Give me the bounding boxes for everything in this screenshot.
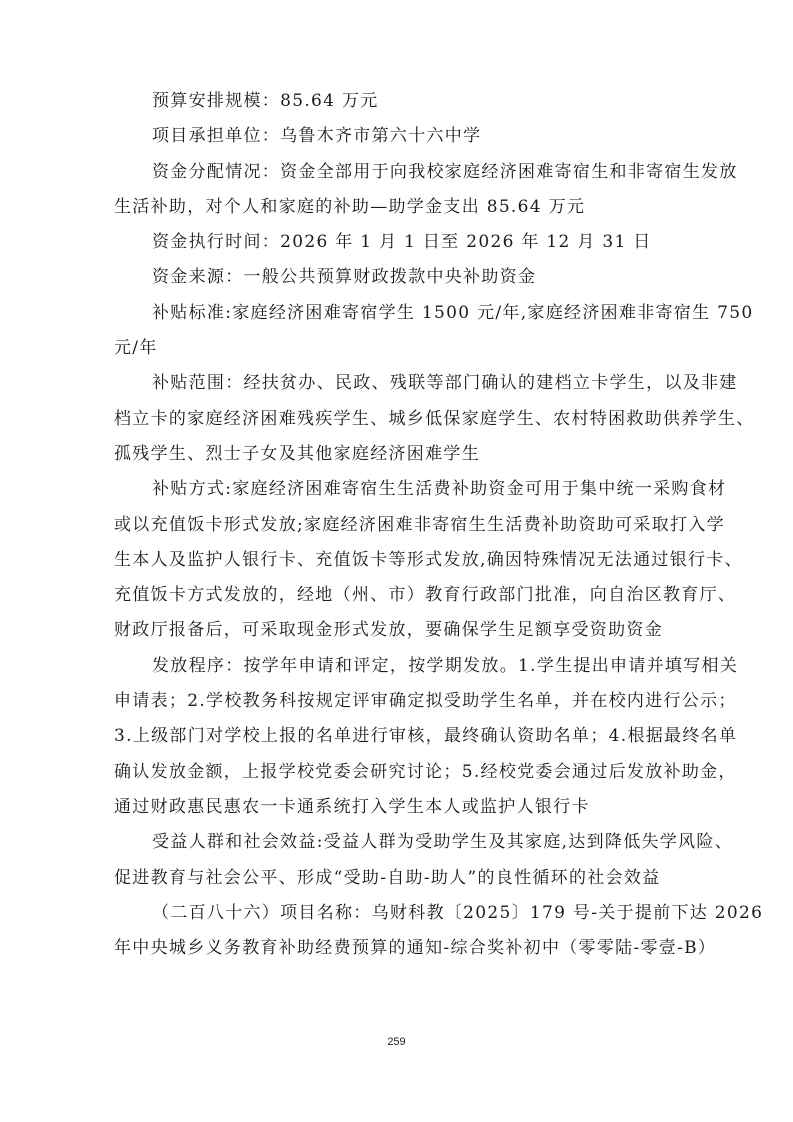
text-line: 补贴方式:家庭经济困难寄宿生生活费补助资金可用于集中统一采购食材: [76, 472, 708, 507]
text-line: 确认发放金额，上报学校党委会研究讨论；5.经校党委会通过后发放补助金，: [76, 755, 708, 790]
text-line: 元/年: [76, 331, 708, 366]
text-line: （二百八十六）项目名称：乌财科教〔2025〕179 号-关于提前下达 2026: [76, 896, 708, 931]
text-line: 资金执行时间：2026 年 1 月 1 日至 2026 年 12 月 31 日: [76, 225, 708, 260]
text-line: 发放程序：按学年申请和评定，按学期发放。1.学生提出申请并填写相关: [76, 649, 708, 684]
paragraph-subsidy-scope: 补贴范围：经扶贫办、民政、残联等部门确认的建档立卡学生，以及非建 档立卡的家庭经…: [76, 366, 708, 472]
paragraph-beneficiaries: 受益人群和社会效益:受益人群为受助学生及其家庭,达到降低失学风险、 促进教育与社…: [76, 825, 708, 896]
document-body: 预算安排规模：85.64 万元 项目承担单位：乌鲁木齐市第六十六中学 资金分配情…: [76, 84, 708, 966]
paragraph-budget-scale: 预算安排规模：85.64 万元: [76, 84, 708, 119]
text-line: 受益人群和社会效益:受益人群为受助学生及其家庭,达到降低失学风险、: [76, 825, 708, 860]
text-line: 补贴标准:家庭经济困难寄宿学生 1500 元/年,家庭经济困难非寄宿生 750: [76, 296, 708, 331]
text-line: 项目承担单位：乌鲁木齐市第六十六中学: [76, 119, 708, 154]
text-line: 孤残学生、烈士子女及其他家庭经济困难学生: [76, 437, 708, 472]
paragraph-project-286-heading: （二百八十六）项目名称：乌财科教〔2025〕179 号-关于提前下达 2026 …: [76, 896, 708, 967]
text-line: 年中央城乡义务教育补助经费预算的通知-综合奖补初中（零零陆-零壹-B）: [76, 931, 708, 966]
paragraph-distribution-procedure: 发放程序：按学年申请和评定，按学期发放。1.学生提出申请并填写相关 申请表；2.…: [76, 649, 708, 825]
text-line: 或以充值饭卡形式发放;家庭经济困难非寄宿生生活费补助资助可采取打入学: [76, 508, 708, 543]
paragraph-undertaking-unit: 项目承担单位：乌鲁木齐市第六十六中学: [76, 119, 708, 154]
paragraph-fund-allocation: 资金分配情况：资金全部用于向我校家庭经济困难寄宿生和非寄宿生发放 生活补助，对个…: [76, 155, 708, 226]
paragraph-subsidy-standard: 补贴标准:家庭经济困难寄宿学生 1500 元/年,家庭经济困难非寄宿生 750 …: [76, 296, 708, 367]
text-line: 3.上级部门对学校上报的名单进行审核，最终确认资助名单；4.根据最终名单: [76, 719, 708, 754]
text-line: 申请表；2.学校教务科按规定评审确定拟受助学生名单，并在校内进行公示；: [76, 684, 708, 719]
text-line: 生本人及监护人银行卡、充值饭卡等形式发放,确因特殊情况无法通过银行卡、: [76, 543, 708, 578]
page-number: 259: [0, 1036, 793, 1048]
text-line: 促进教育与社会公平、形成“受助-自助-助人”的良性循环的社会效益: [76, 861, 708, 896]
text-line: 通过财政惠民惠农一卡通系统打入学生本人或监护人银行卡: [76, 790, 708, 825]
paragraph-execution-time: 资金执行时间：2026 年 1 月 1 日至 2026 年 12 月 31 日: [76, 225, 708, 260]
text-line: 财政厅报备后，可采取现金形式发放，要确保学生足额享受资助资金: [76, 613, 708, 648]
document-page: 预算安排规模：85.64 万元 项目承担单位：乌鲁木齐市第六十六中学 资金分配情…: [0, 0, 793, 1122]
text-line: 充值饭卡方式发放的，经地（州、市）教育行政部门批准，向自治区教育厅、: [76, 578, 708, 613]
paragraph-subsidy-method: 补贴方式:家庭经济困难寄宿生生活费补助资金可用于集中统一采购食材 或以充值饭卡形…: [76, 472, 708, 648]
text-line: 生活补助，对个人和家庭的补助—助学金支出 85.64 万元: [76, 190, 708, 225]
text-line: 预算安排规模：85.64 万元: [76, 84, 708, 119]
text-line: 档立卡的家庭经济困难残疾学生、城乡低保家庭学生、农村特困救助供养学生、: [76, 402, 708, 437]
text-line: 补贴范围：经扶贫办、民政、残联等部门确认的建档立卡学生，以及非建: [76, 366, 708, 401]
paragraph-fund-source: 资金来源：一般公共预算财政拨款中央补助资金: [76, 260, 708, 295]
text-line: 资金分配情况：资金全部用于向我校家庭经济困难寄宿生和非寄宿生发放: [76, 155, 708, 190]
text-line: 资金来源：一般公共预算财政拨款中央补助资金: [76, 260, 708, 295]
